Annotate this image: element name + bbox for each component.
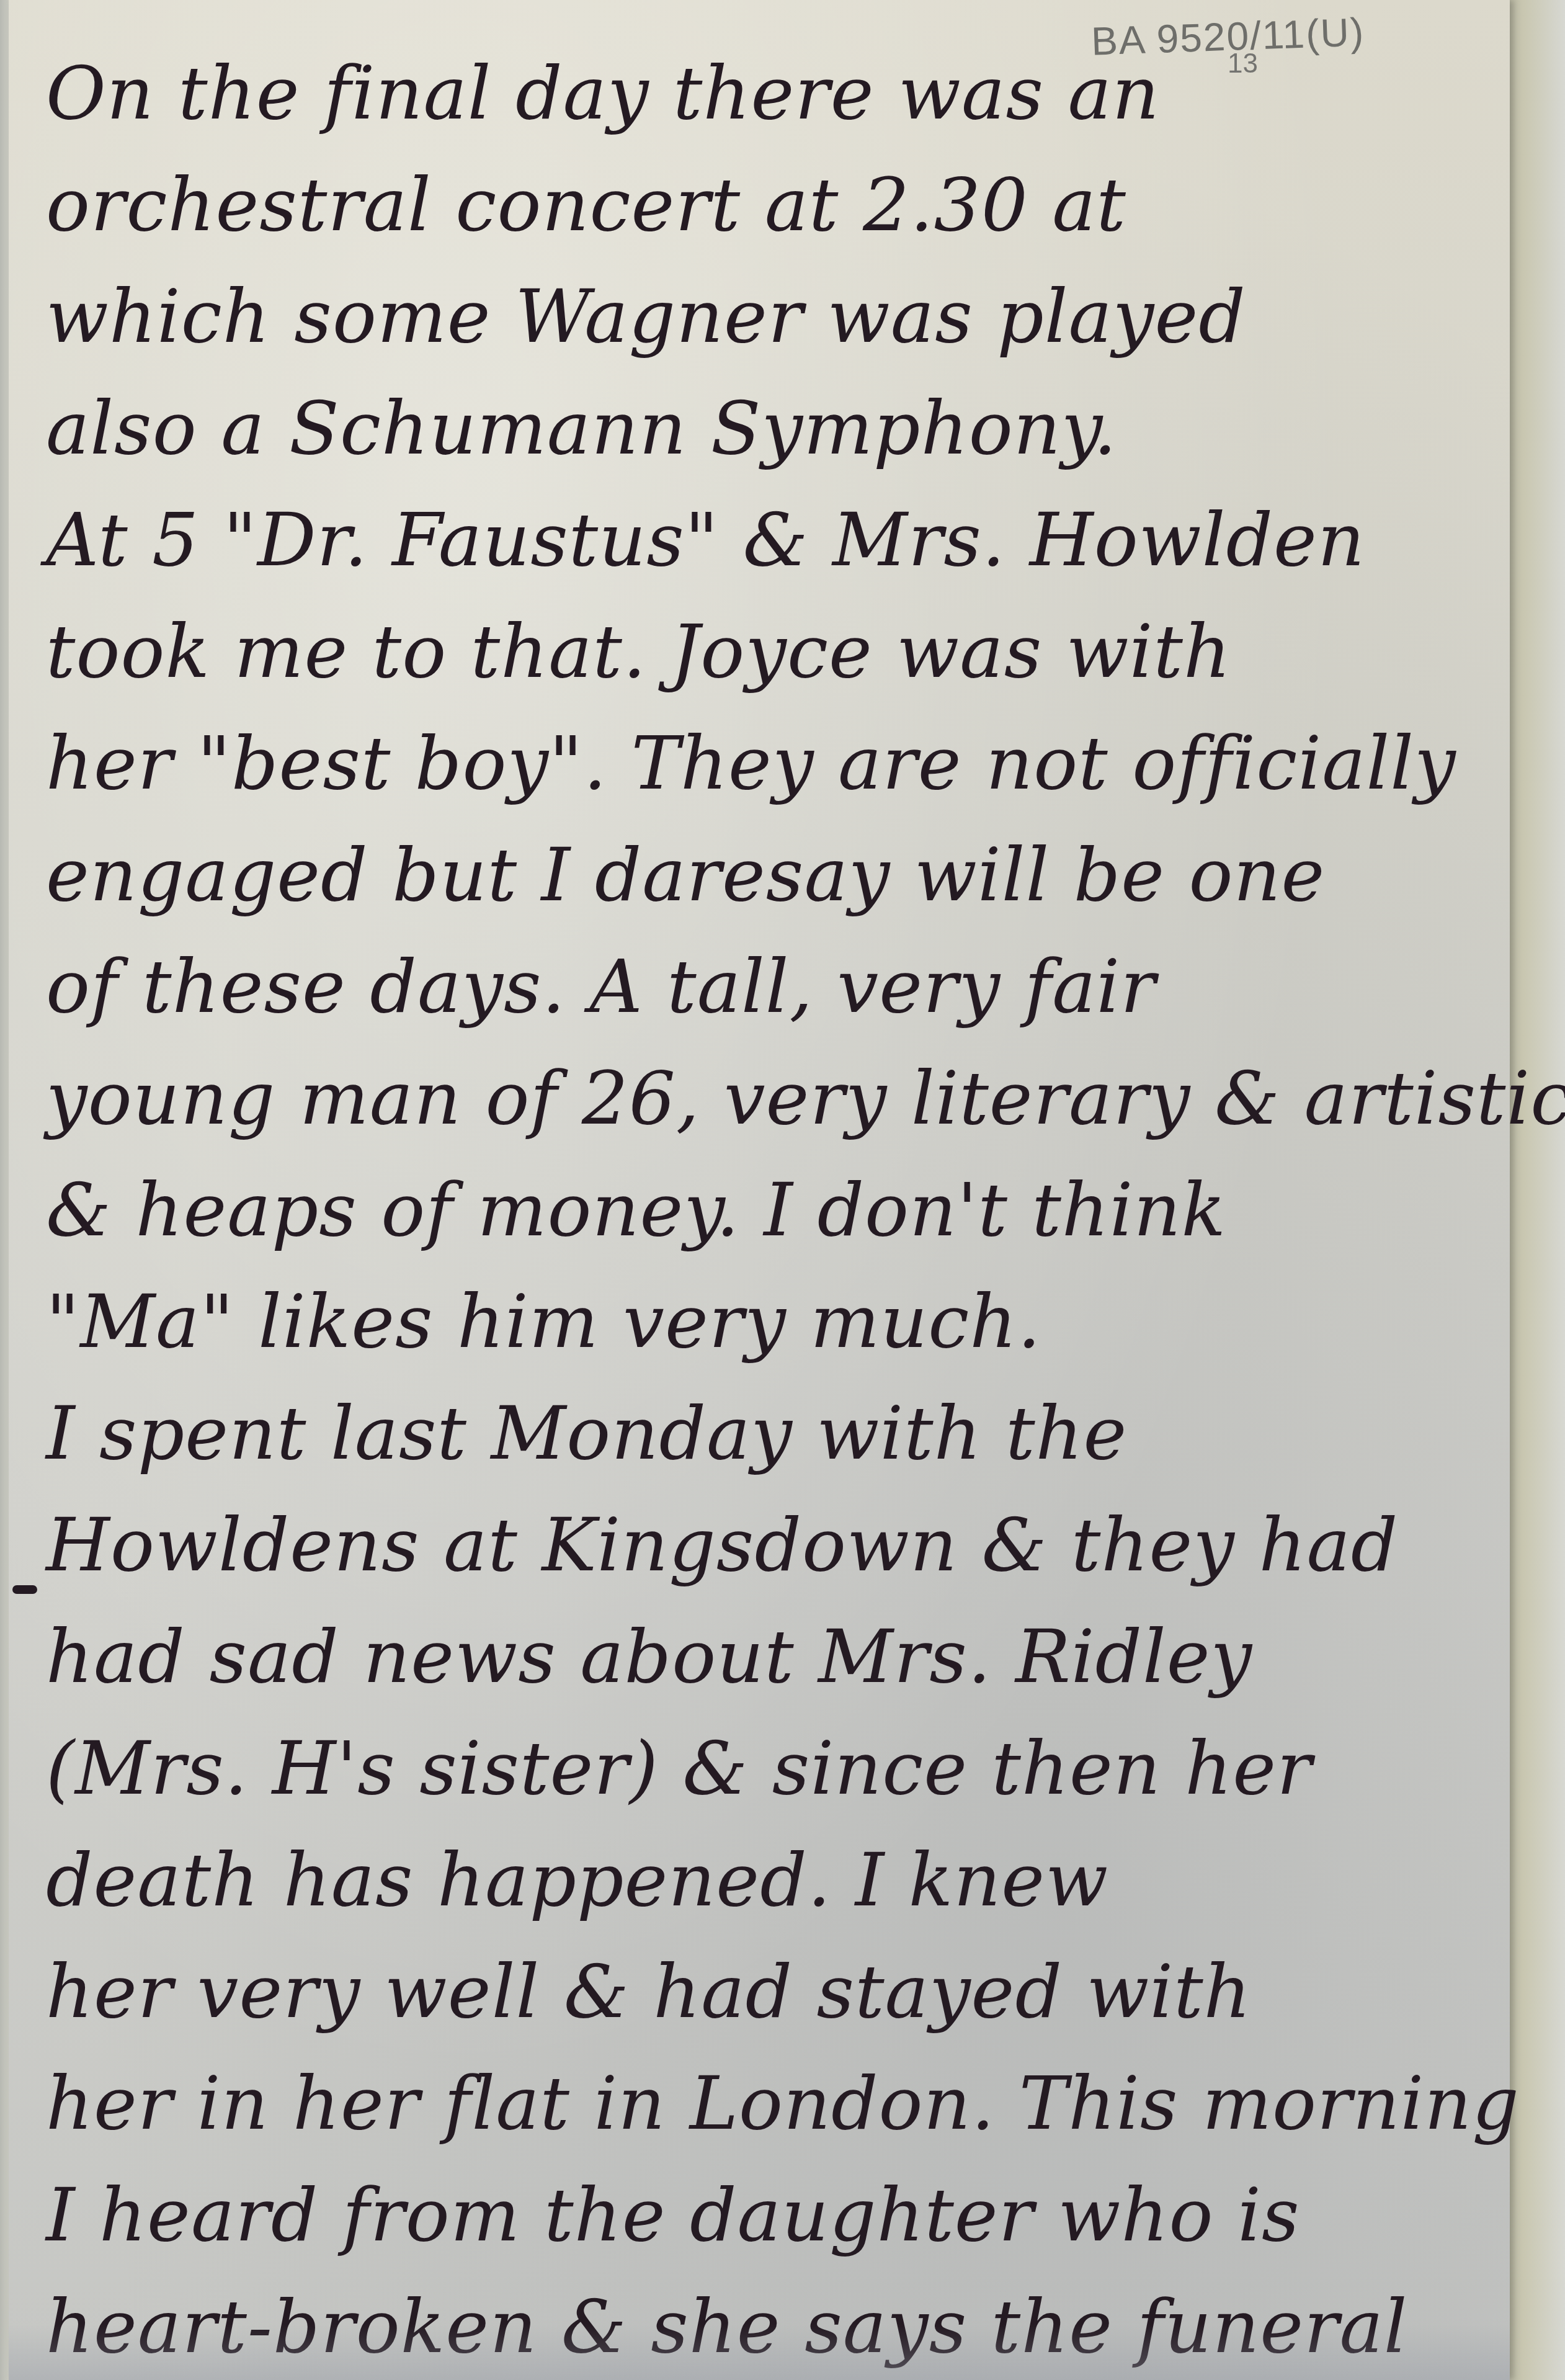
letter-line: On the final day there was an: [46, 50, 1160, 136]
letter-line: engaged but I daresay will be one: [46, 831, 1325, 918]
letter-line: (Mrs. H's sister) & since then her: [46, 1725, 1313, 1812]
letter-line: "Ma" likes him very much.: [46, 1278, 1041, 1365]
letter-line: & heaps of money. I don't think: [46, 1166, 1226, 1253]
archive-reference-sub: 13: [1228, 48, 1258, 79]
letter-page: BA 9520/11(U) 13 On the final day there …: [9, 0, 1510, 2380]
letter-line: of these days. A tall, very fair: [46, 943, 1156, 1030]
letter-line: her very well & had stayed with: [46, 1948, 1252, 2035]
letter-line: death has happened. I knew: [46, 1836, 1108, 1923]
letter-line: her "best boy". They are not officially: [46, 720, 1456, 807]
letter-line: took me to that. Joyce was with: [46, 608, 1231, 695]
letter-line: her in her flat in London. This morning: [46, 2060, 1520, 2147]
letter-line: heart-broken & she says the funeral: [46, 2283, 1408, 2370]
letter-line: also a Schumann Symphony.: [46, 385, 1117, 472]
letter-line: Howldens at Kingsdown & they had: [46, 1501, 1398, 1588]
margin-dash-mark: [12, 1585, 37, 1594]
letter-line: orchestral concert at 2.30 at: [46, 161, 1126, 248]
letter-line: young man of 26, very literary & artisti…: [46, 1055, 1565, 1142]
letter-line: At 5 "Dr. Faustus" & Mrs. Howlden: [46, 496, 1365, 583]
letter-line: I heard from the daughter who is: [46, 2172, 1300, 2258]
letter-line: I spent last Monday with the: [46, 1390, 1127, 1477]
letter-line: had sad news about Mrs. Ridley: [46, 1613, 1252, 1700]
letter-line: which some Wagner was played: [46, 273, 1246, 360]
